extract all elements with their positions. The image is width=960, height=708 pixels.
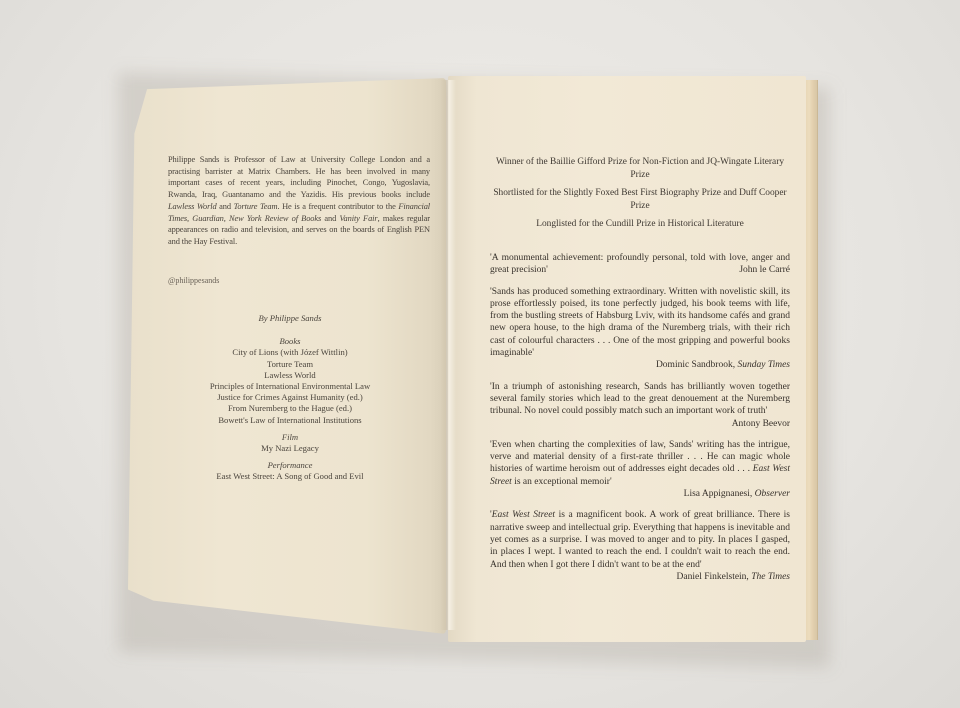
book-gutter	[440, 80, 456, 630]
film-item: My Nazi Legacy	[190, 443, 390, 454]
book-item: From Nuremberg to the Hague (ed.)	[190, 403, 390, 414]
book-item: Torture Team	[190, 359, 390, 370]
by-line: By Philippe Sands	[190, 313, 390, 324]
review-quote: 'A monumental achievement: profoundly pe…	[490, 252, 790, 277]
quote-author: John le Carré	[739, 264, 790, 276]
quote-publication: Sunday Times	[737, 360, 790, 370]
book-item: Justice for Crimes Against Humanity (ed.…	[190, 392, 390, 403]
quote-book-title: East West Street	[492, 510, 555, 520]
prize-winner: Winner of the Baillie Gifford Prize for …	[490, 156, 790, 181]
bio-text: Philippe Sands is Professor of Law at Un…	[168, 155, 430, 199]
bio-text: and	[217, 202, 234, 211]
performance-item: East West Street: A Song of Good and Evi…	[190, 471, 390, 482]
quote-text: 'Sands has produced something extraordin…	[490, 287, 790, 358]
bio-book-title: Lawless World	[168, 202, 217, 211]
quote-author: Antony Beevor	[732, 418, 790, 430]
review-quotes: 'A monumental achievement: profoundly pe…	[490, 252, 790, 592]
quote-text: is an exceptional memoir'	[512, 477, 612, 487]
quote-attribution: Lisa Appignanesi, Observer	[490, 488, 790, 500]
review-quote: 'East West Street is a magnificent book.…	[490, 509, 790, 583]
quote-text: 'Even when charting the complexities of …	[490, 440, 790, 475]
prize-list: Winner of the Baillie Gifford Prize for …	[490, 156, 790, 237]
quote-author: Daniel Finkelstein,	[677, 572, 752, 582]
author-bio: Philippe Sands is Professor of Law at Un…	[168, 154, 430, 248]
quote-publication: The Times	[751, 572, 790, 582]
page-edges	[804, 80, 818, 640]
section-heading-film: Film	[190, 432, 390, 443]
book-item: Bowett's Law of International Institutio…	[190, 415, 390, 426]
review-quote: 'Sands has produced something extraordin…	[490, 286, 790, 372]
review-quote: 'Even when charting the complexities of …	[490, 439, 790, 500]
quote-author: Lisa Appignanesi,	[684, 489, 755, 499]
quote-text: 'In a triumph of astonishing research, S…	[490, 382, 790, 417]
bio-publication: Vanity Fair	[339, 214, 377, 223]
section-heading-performance: Performance	[190, 460, 390, 471]
bio-text: and	[321, 214, 339, 223]
prize-shortlisted: Shortlisted for the Slightly Foxed Best …	[490, 187, 790, 212]
quote-attribution: Daniel Finkelstein, The Times	[677, 571, 790, 583]
bio-text: . He is a frequent contributor to the	[277, 202, 398, 211]
bibliography: By Philippe Sands Books City of Lions (w…	[190, 313, 390, 483]
quote-attribution: Dominic Sandbrook, Sunday Times	[490, 359, 790, 371]
bio-book-title: Torture Team	[234, 202, 278, 211]
book-item: Lawless World	[190, 370, 390, 381]
quote-publication: Observer	[755, 489, 790, 499]
review-quote: 'In a triumph of astonishing research, S…	[490, 381, 790, 430]
quote-author: Dominic Sandbrook,	[656, 360, 738, 370]
social-handle: @philippesands	[168, 276, 219, 285]
book-item: Principles of International Environmenta…	[190, 381, 390, 392]
prize-longlisted: Longlisted for the Cundill Prize in Hist…	[490, 218, 790, 231]
section-heading-books: Books	[190, 336, 390, 347]
book-item: City of Lions (with Józef Wittlin)	[190, 347, 390, 358]
